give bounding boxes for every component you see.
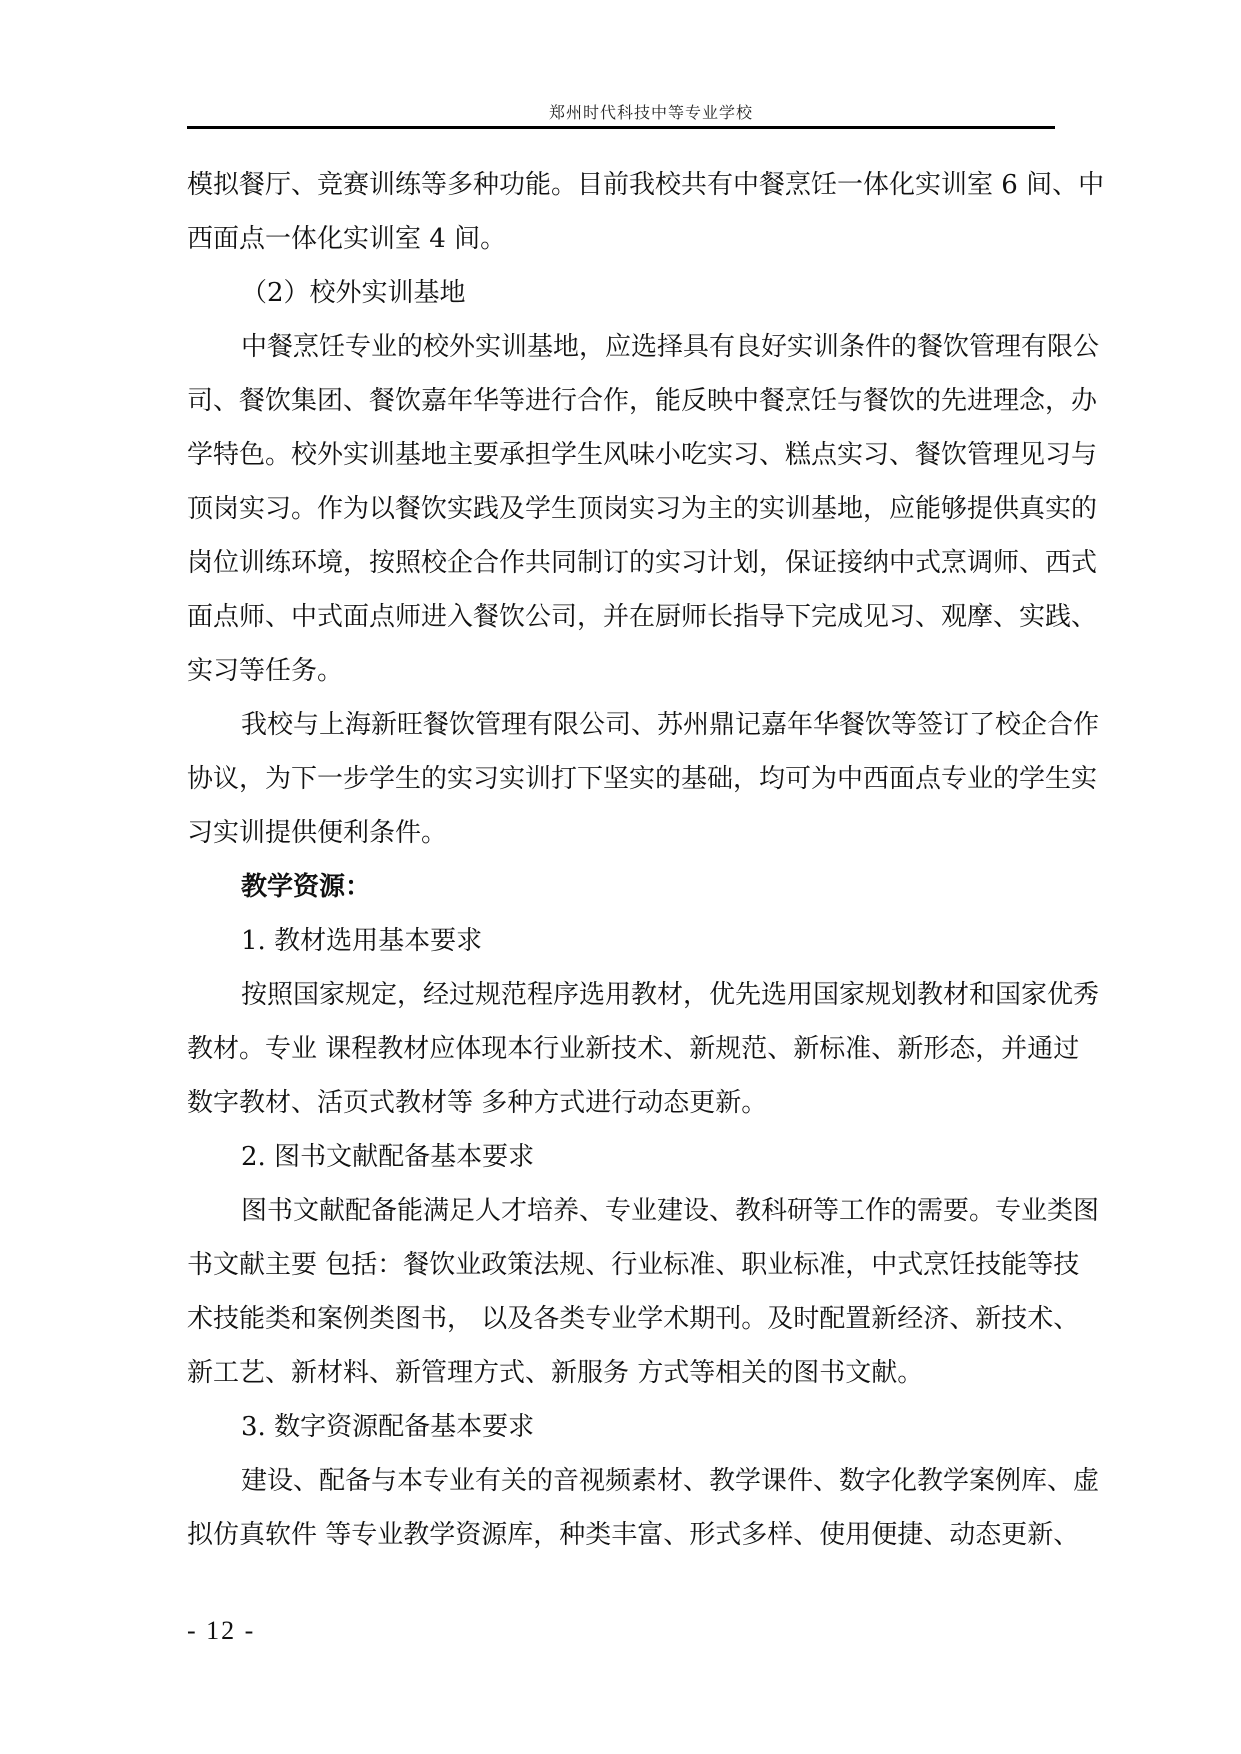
- document-body: 模拟餐厅、竞赛训练等多种功能。目前我校共有中餐烹饪一体化实训室 6 间、中西面点…: [187, 162, 1053, 1566]
- text-line: 司、餐饮集团、餐饮嘉年华等进行合作，能反映中餐烹饪与餐饮的先进理念，办: [187, 378, 1053, 432]
- page-header: 郑州时代科技中等专业学校: [187, 100, 1055, 128]
- text-line: 中餐烹饪专业的校外实训基地，应选择具有良好实训条件的餐饮管理有限公: [187, 324, 1053, 378]
- text-line: 拟仿真软件 等专业教学资源库，种类丰富、形式多样、使用便捷、动态更新、: [187, 1512, 1053, 1566]
- text-line: 新工艺、新材料、新管理方式、新服务 方式等相关的图书文献。: [187, 1350, 1053, 1404]
- section-heading: 教学资源：: [187, 864, 1053, 918]
- text-line: 建设、配备与本专业有关的音视频素材、教学课件、数字化教学案例库、虚: [187, 1458, 1053, 1512]
- text-line: 协议，为下一步学生的实习实训打下坚实的基础，均可为中西面点专业的学生实: [187, 756, 1053, 810]
- header-title: 郑州时代科技中等专业学校: [187, 100, 1055, 123]
- text-line: 按照国家规定，经过规范程序选用教材，优先选用国家规划教材和国家优秀: [187, 972, 1053, 1026]
- text-line: 术技能类和案例类图书， 以及各类专业学术期刊。及时配置新经济、新技术、: [187, 1296, 1053, 1350]
- text-line: 2. 图书文献配备基本要求: [187, 1134, 1053, 1188]
- text-line: 教材。专业 课程教材应体现本行业新技术、新规范、新标准、新形态，并通过: [187, 1026, 1053, 1080]
- page-number: - 12 -: [187, 1616, 255, 1646]
- text-line: 1. 教材选用基本要求: [187, 918, 1053, 972]
- text-line: 学特色。校外实训基地主要承担学生风味小吃实习、糕点实习、餐饮管理见习与: [187, 432, 1053, 486]
- text-line: 岗位训练环境，按照校企合作共同制订的实习计划，保证接纳中式烹调师、西式: [187, 540, 1053, 594]
- text-line: 我校与上海新旺餐饮管理有限公司、苏州鼎记嘉年华餐饮等签订了校企合作: [187, 702, 1053, 756]
- text-line: 数字教材、活页式教材等 多种方式进行动态更新。: [187, 1080, 1053, 1134]
- text-line: 西面点一体化实训室 4 间。: [187, 216, 1053, 270]
- text-line: 实习等任务。: [187, 648, 1053, 702]
- text-line: 书文献主要 包括：餐饮业政策法规、行业标准、职业标准，中式烹饪技能等技: [187, 1242, 1053, 1296]
- text-line: 图书文献配备能满足人才培养、专业建设、教科研等工作的需要。专业类图: [187, 1188, 1053, 1242]
- text-line: 模拟餐厅、竞赛训练等多种功能。目前我校共有中餐烹饪一体化实训室 6 间、中: [187, 162, 1053, 216]
- text-line: 顶岗实习。作为以餐饮实践及学生顶岗实习为主的实训基地，应能够提供真实的: [187, 486, 1053, 540]
- text-line: 习实训提供便利条件。: [187, 810, 1053, 864]
- header-divider: [187, 126, 1055, 129]
- text-line: 面点师、中式面点师进入餐饮公司，并在厨师长指导下完成见习、观摩、实践、: [187, 594, 1053, 648]
- text-line: 3. 数字资源配备基本要求: [187, 1404, 1053, 1458]
- text-line: （2）校外实训基地: [187, 270, 1053, 324]
